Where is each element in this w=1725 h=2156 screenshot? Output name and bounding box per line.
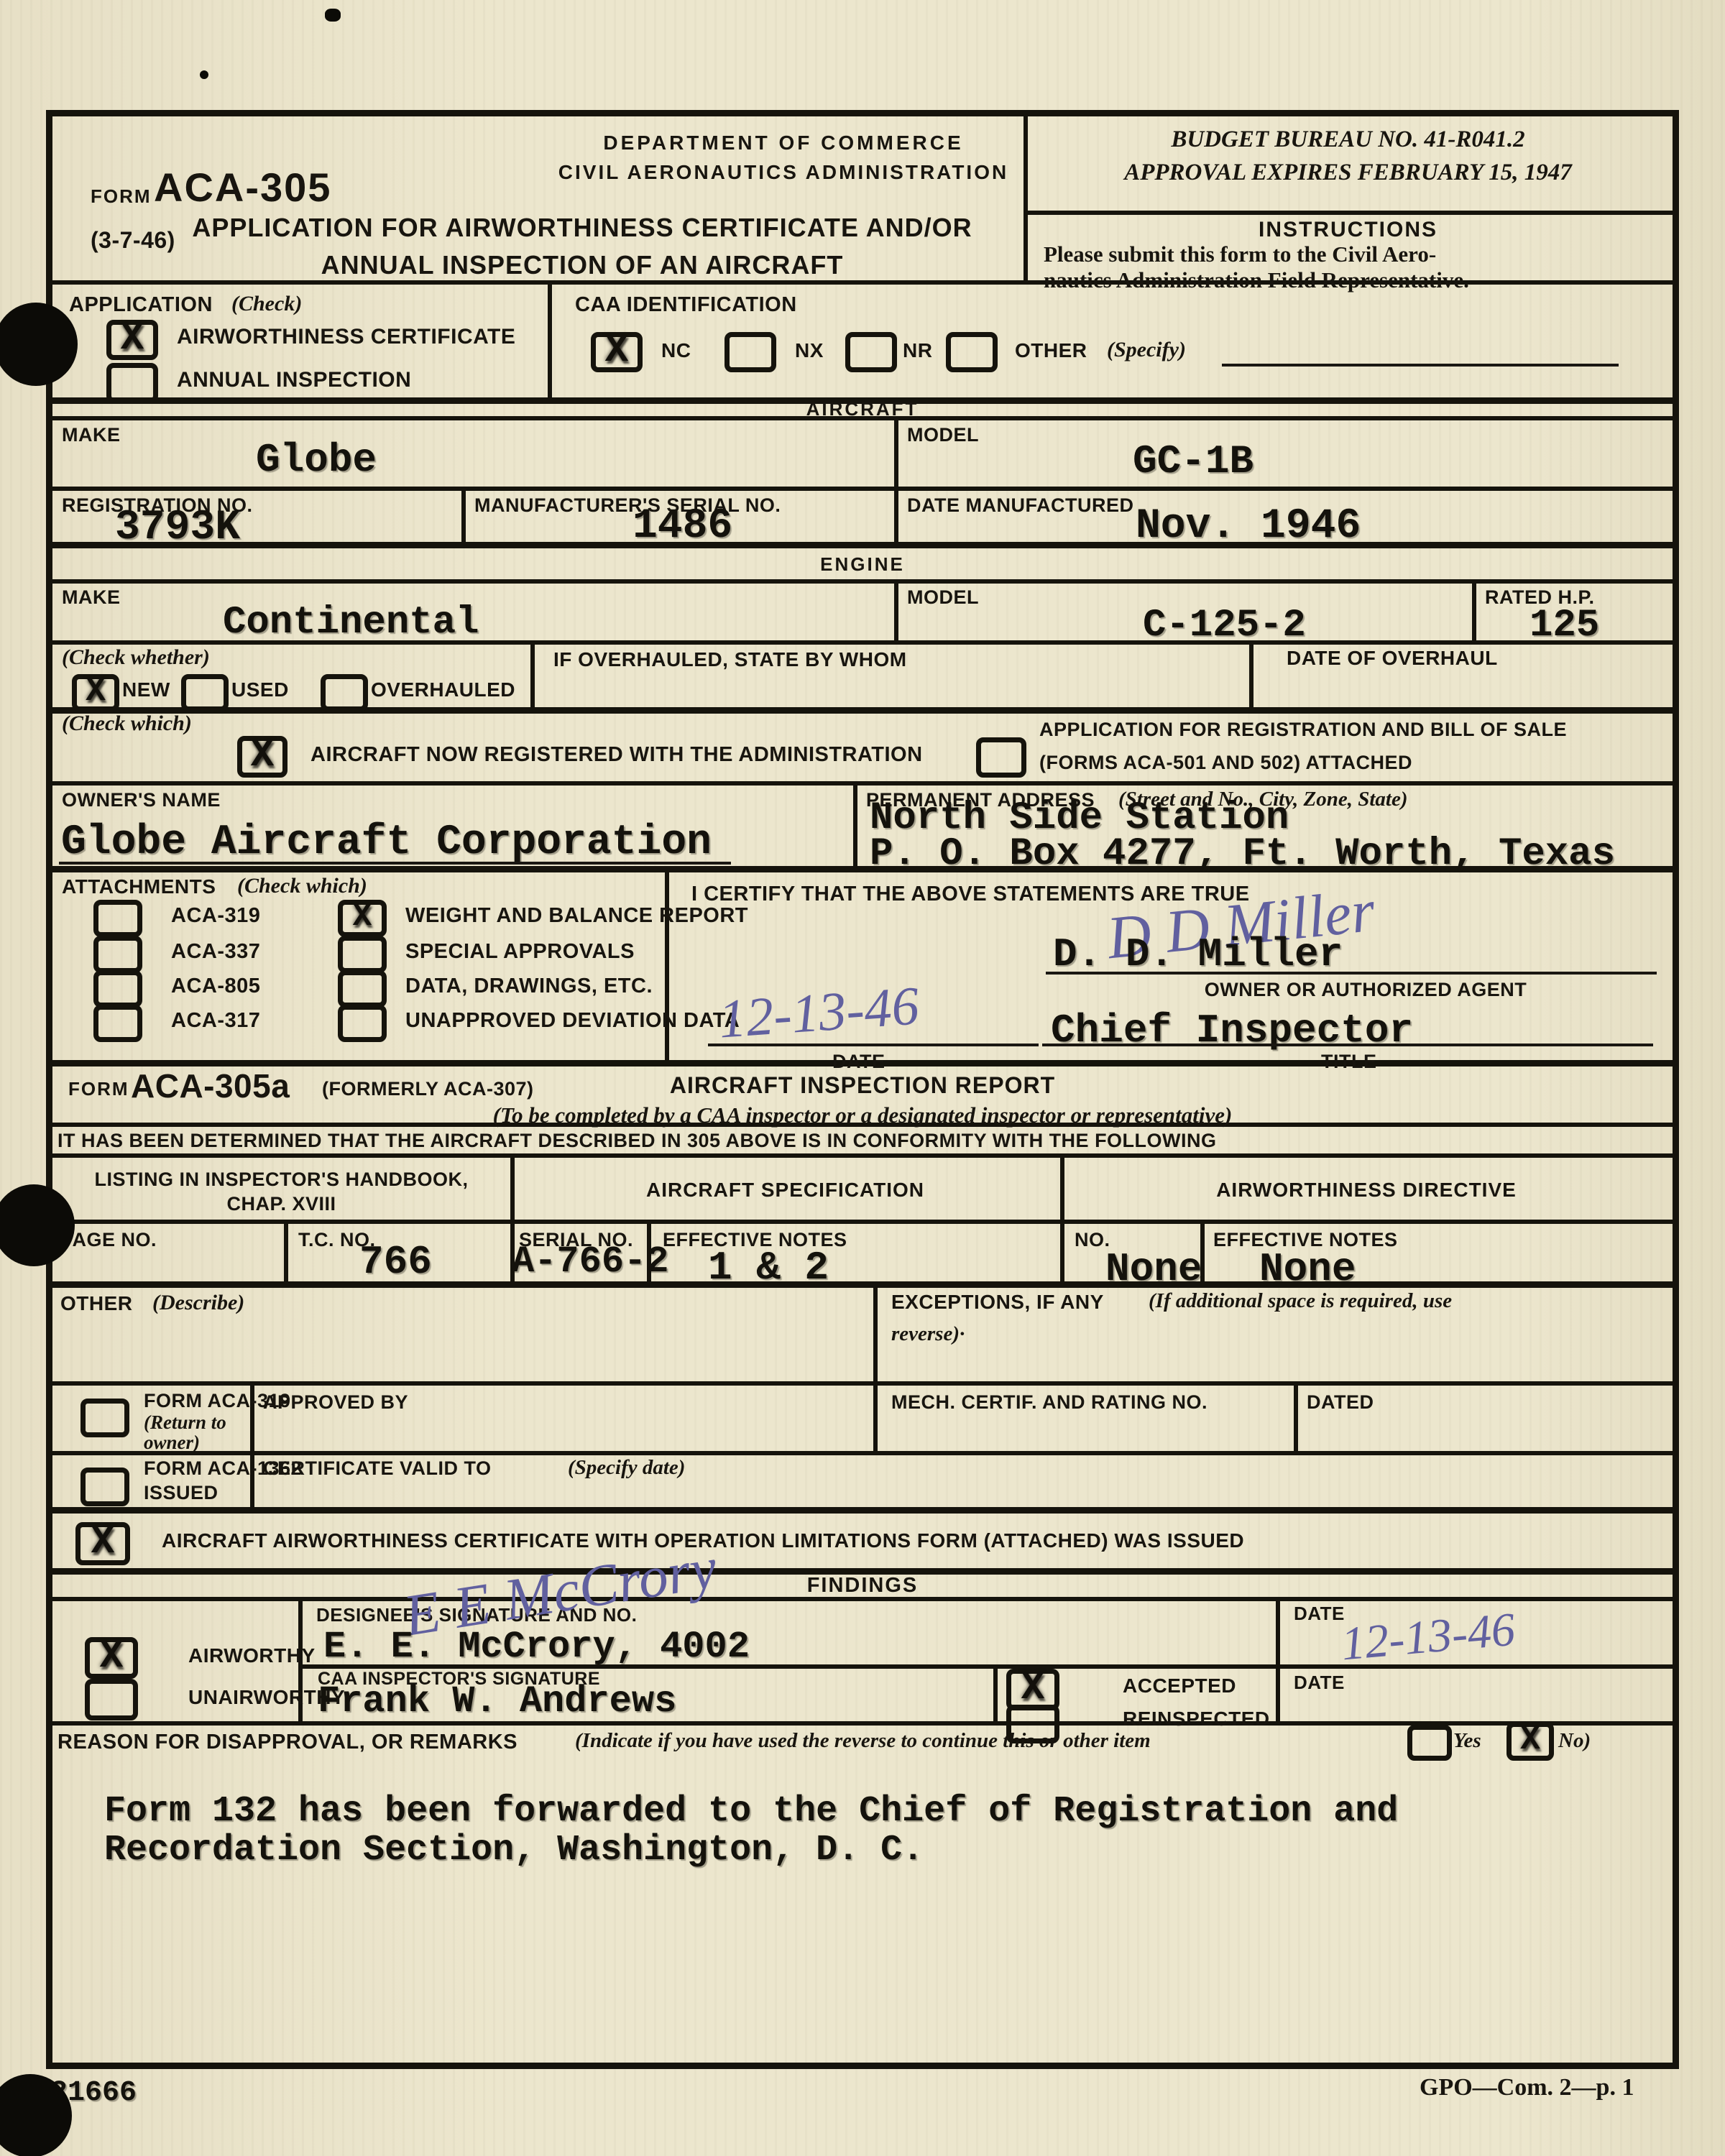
rule [52,1281,1673,1288]
airworthiness-certificate-checkbox[interactable]: X [106,320,158,360]
aircraft-section-title: AIRCRAFT [46,398,1679,420]
department-name: DEPARTMENT OF COMMERCE [503,132,1064,155]
other-describe-label: OTHER [60,1292,133,1315]
rule [52,542,1673,548]
rule [52,579,1673,584]
attachments-label-note: (Check which) [237,874,367,898]
title-underline [1042,1044,1653,1046]
instructions-line1: Please submit this form to the Civil Aer… [1044,241,1436,267]
application-attached-checkbox[interactable] [976,737,1026,778]
weight-balance-checkbox[interactable]: X [338,900,387,937]
footer-gpo-note: GPO—Com. 2—p. 1 [1420,2074,1634,2101]
findings-date-value[interactable]: 12-13-46 [1339,1603,1517,1672]
remarks-label-note: (Indicate if you have used the reverse t… [575,1729,1151,1753]
rule [530,640,535,707]
other-label-note: (Specify) [1107,338,1186,362]
special-approvals-label: SPECIAL APPROVALS [405,940,635,964]
instructions-line2: nautics Administration Field Representat… [1044,267,1469,293]
rule [52,1220,1673,1224]
exceptions-note2: reverse)· [891,1322,965,1346]
rule [52,1381,1673,1386]
airworthiness-certificate-label: AIRWORTHINESS CERTIFICATE [177,325,515,349]
remarks-yes-label: Yes [1453,1729,1481,1753]
nx-checkbox[interactable] [724,332,776,372]
rule [1294,1381,1298,1451]
aircraft-model-label: MODEL [907,424,979,446]
check-mark: X [251,734,274,778]
scanned-form-page: FORM ACA-305 (3-7-46) DEPARTMENT OF COMM… [0,0,1725,2156]
owner-signature-typed: D. D. Miller [1053,931,1343,977]
aca-337-label: ACA-337 [171,940,260,964]
registered-checkbox[interactable]: X [237,736,287,778]
exceptions-note1: (If additional space is required, use [1149,1289,1452,1313]
rule [853,781,857,866]
report-title: AIRCRAFT INSPECTION REPORT [46,1072,1679,1099]
owner-name-label: OWNER'S NAME [62,789,221,811]
serial-no-value[interactable]: A-766-2 [512,1240,668,1283]
manufacturer-serial-value[interactable]: 1486 [632,503,732,550]
exceptions-label: EXCEPTIONS, IF ANY [891,1291,1104,1314]
check-which-label: (Check which) [62,711,192,736]
aca-317-label: ACA-317 [171,1009,260,1033]
check-whether-label: (Check whether) [62,645,210,670]
certificate-valid-note: (Specify date) [568,1456,685,1480]
rule [52,1451,1673,1455]
application-label-note: (Check) [231,292,302,316]
manufacturer-serial-label: MANUFACTURER'S SERIAL NO. [474,494,781,517]
findings-date-label: DATE [1294,1603,1345,1625]
check-mark: X [100,1635,123,1679]
other-label: OTHER [1015,339,1087,362]
certification-date-label: DATE [832,1051,885,1073]
rule [894,416,898,542]
remarks-no-checkbox[interactable]: X [1506,1722,1554,1761]
rule [284,1220,288,1281]
owner-name-value[interactable]: Globe Aircraft Corporation [61,819,712,866]
nc-label: NC [661,339,691,362]
form-aca-319-checkbox[interactable] [80,1399,129,1437]
rule [548,280,552,397]
scan-speck [200,70,208,79]
effective-notes-value[interactable]: 1 & 2 [708,1245,829,1291]
rule [52,1507,1673,1514]
new-label: NEW [122,678,170,701]
punch-hole [0,1184,75,1266]
form-aca-319-note1: (Return to [144,1411,226,1434]
used-checkbox[interactable] [181,674,229,711]
determined-statement: IT HAS BEEN DETERMINED THAT THE AIRCRAFT… [57,1130,1217,1152]
rule [1472,579,1476,640]
rule [1060,1153,1064,1281]
aca-337-checkbox[interactable] [93,936,142,973]
rule [1023,211,1673,215]
caa-identification-label: CAA IDENTIFICATION [575,293,797,317]
engine-section-title: ENGINE [46,553,1679,576]
rule [52,1153,1673,1158]
remarks-yes-checkbox[interactable] [1407,1725,1452,1761]
engine-model-label: MODEL [907,586,979,609]
overhauled-checkbox[interactable] [321,674,368,711]
unapproved-deviation-label: UNAPPROVED DEVIATION DATA [405,1009,740,1033]
findings-date2-label: DATE [1294,1672,1345,1694]
check-mark: X [353,899,372,935]
report-subtitle: (To be completed by a CAA inspector or a… [46,1102,1679,1128]
scan-speck [325,9,341,22]
form-title-line2: ANNUAL INSPECTION OF AN AIRCRAFT [158,250,1006,280]
application-attached-line2: (FORMS ACA-501 AND 502) ATTACHED [1039,752,1412,774]
handbook-col-line1: LISTING IN INSPECTOR'S HANDBOOK, [52,1169,510,1191]
nr-checkbox[interactable] [845,332,897,372]
rule [1249,640,1253,707]
rule [873,1281,878,1451]
aca-317-checkbox[interactable] [93,1005,142,1042]
date-underline [708,1044,1039,1046]
unairworthy-checkbox[interactable] [85,1679,138,1720]
certificate-valid-label: CERTIFICATE VALID TO [263,1457,492,1480]
application-attached-line1: APPLICATION FOR REGISTRATION AND BILL OF… [1039,719,1567,741]
limitations-issued-checkbox[interactable]: X [75,1522,130,1565]
caa-inspector-signature-value[interactable]: Frank W. Andrews [318,1680,676,1723]
aca-319-label: ACA-319 [171,904,260,928]
aircraft-make-label: MAKE [62,424,121,446]
rule [461,487,466,542]
approved-by-label: APPROVED BY [263,1391,408,1414]
check-mark: X [86,673,106,710]
owner-agent-label: OWNER OR AUTHORIZED AGENT [1078,979,1653,1001]
nr-label: NR [903,339,932,362]
form-aca-1362-checkbox[interactable] [80,1468,129,1506]
designee-signature-typed: E. E. McCrory, 4002 [323,1626,750,1668]
new-checkbox[interactable]: X [72,674,119,711]
overhauled-label: OVERHAULED [371,678,515,701]
ad-effective-notes-value[interactable]: None [1259,1246,1356,1292]
other-checkbox[interactable] [946,332,998,372]
reinspected-label: REINSPECTED [1123,1708,1270,1731]
aircraft-model-value[interactable]: GC-1B [1133,438,1253,484]
weight-balance-label: WEIGHT AND BALANCE REPORT [405,904,748,928]
registration-no-value[interactable]: 3793K [115,505,240,551]
form-aca-319-note2: owner) [144,1432,200,1454]
dated-label: DATED [1307,1391,1374,1414]
data-drawings-checkbox[interactable] [338,970,387,1008]
punch-hole [0,303,78,386]
other-specify-field[interactable] [1222,364,1619,367]
overhauled-by-label: IF OVERHAULED, STATE BY WHOM [553,648,907,671]
check-mark: X [605,329,628,373]
remarks-text-line1[interactable]: Form 132 has been forwarded to the Chief… [104,1791,1398,1832]
annual-inspection-checkbox[interactable] [106,363,158,403]
data-drawings-label: DATA, DRAWINGS, ETC. [405,975,653,998]
signature-underline [1046,972,1657,975]
aircraft-make-value[interactable]: Globe [256,437,377,483]
certification-title-value[interactable]: Chief Inspector [1051,1008,1413,1054]
aca-805-label: ACA-805 [171,975,260,998]
engine-model-value[interactable]: C-125-2 [1143,604,1306,648]
special-approvals-checkbox[interactable] [338,936,387,973]
form-aca-1362-issued-label: ISSUED [144,1482,218,1504]
rule [52,781,1673,786]
handbook-col-line2: CHAP. XVIII [52,1193,510,1215]
instructions-title: INSTRUCTIONS [1023,218,1673,242]
aca-805-checkbox[interactable] [93,970,142,1008]
administration-name: CIVIL AERONAUTICS ADMINISTRATION [503,161,1064,184]
nc-checkbox[interactable]: X [591,332,643,372]
check-mark: X [91,1521,114,1565]
rule [1276,1597,1280,1721]
used-label: USED [231,678,289,701]
certification-date-value[interactable]: 12-13-46 [717,975,921,1051]
check-mark: X [1021,1667,1044,1710]
rule [993,1664,998,1721]
approval-expires: APPROVAL EXPIRES FEBRUARY 15, 1947 [1023,160,1673,186]
rule [894,579,898,640]
budget-bureau-no: BUDGET BUREAU NO. 41-R041.2 [1023,126,1673,153]
attachments-label: ATTACHMENTS [62,875,216,898]
tc-no-value[interactable]: 766 [359,1239,432,1285]
remarks-no-label: No) [1558,1729,1591,1753]
certification-title-label: TITLE [1321,1051,1377,1073]
accepted-label: ACCEPTED [1123,1674,1236,1697]
form-title-line1: APPLICATION FOR AIRWORTHINESS CERTIFICAT… [158,213,1006,243]
aca-319-checkbox[interactable] [93,900,142,937]
other-describe-note: (Describe) [152,1291,244,1315]
airworthy-label: AIRWORTHY [188,1644,316,1667]
date-of-overhaul-label: DATE OF OVERHAUL [1287,647,1498,670]
form-word: FORM [91,185,152,208]
form-number: ACA-305 [154,164,331,211]
engine-make-label: MAKE [62,586,121,609]
application-label: APPLICATION [69,293,213,317]
registered-label: AIRCRAFT NOW REGISTERED WITH THE ADMINIS… [310,743,923,767]
ad-no-value[interactable]: None [1105,1246,1202,1292]
airworthy-checkbox[interactable]: X [85,1637,138,1679]
airworthiness-directive-col: AIRWORTHINESS DIRECTIVE [1060,1179,1673,1202]
rated-hp-value[interactable]: 125 [1529,604,1599,648]
unapproved-deviation-checkbox[interactable] [338,1005,387,1042]
rule [52,707,1673,714]
annual-inspection-label: ANNUAL INSPECTION [177,368,411,392]
findings-section-title: FINDINGS [46,1574,1679,1598]
date-manufactured-value[interactable]: Nov. 1946 [1136,503,1361,550]
engine-make-value[interactable]: Continental [223,601,479,645]
check-mark: X [121,317,144,361]
check-mark: X [1520,1721,1540,1759]
mech-certif-label: MECH. CERTIF. AND RATING NO. [891,1391,1207,1414]
aircraft-spec-col: AIRCRAFT SPECIFICATION [510,1179,1060,1202]
nx-label: NX [795,339,824,362]
remarks-text-line2[interactable]: Recordation Section, Washington, D. C. [104,1830,924,1871]
owner-name-underline [59,862,731,865]
date-manufactured-label: DATE MANUFACTURED [907,494,1133,517]
rule [52,487,1673,491]
page-no-label: PAGE NO. [60,1229,157,1251]
remarks-label: REASON FOR DISAPPROVAL, OR REMARKS [57,1731,517,1754]
address-line2-value[interactable]: P. O. Box 4277, Ft. Worth, Texas [870,832,1615,876]
